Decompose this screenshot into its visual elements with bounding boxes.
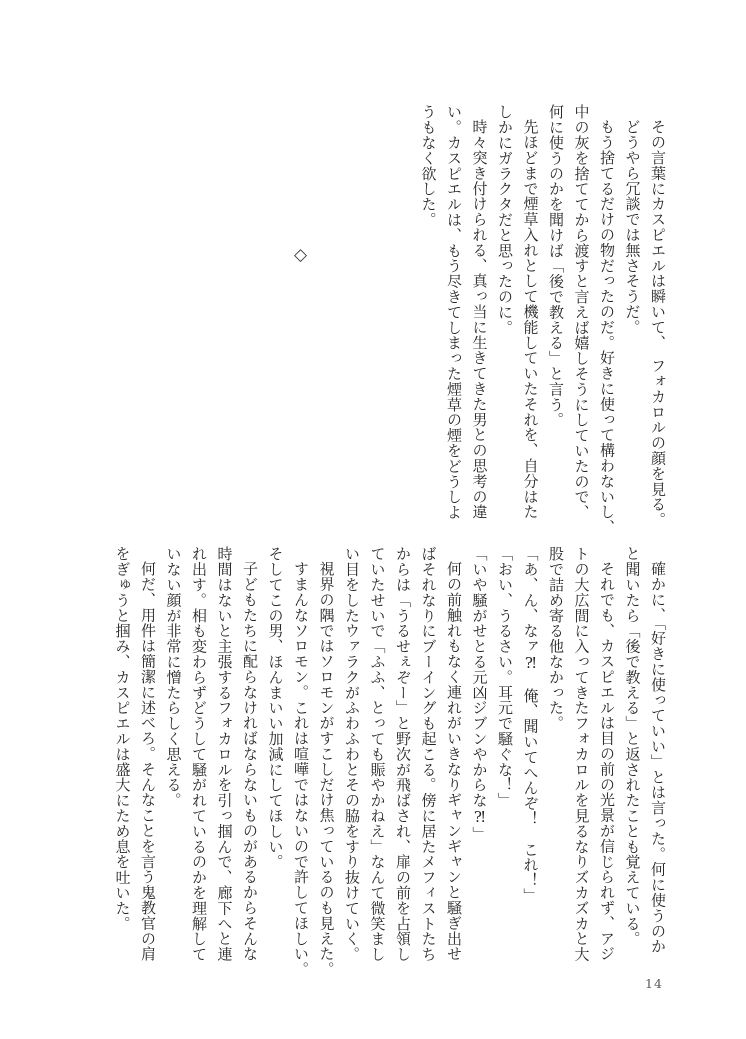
text-line: トの大広間に入ってきたフォカロルを見るなりズカズカと大 — [568, 546, 594, 970]
text-line: いない顔が非常に憎たらしく思える。 — [160, 546, 186, 970]
text-line: 「あ、ん、なァ⁈ 俺、聞いてへんぞ！ これ！」 — [517, 546, 543, 970]
page-number: 14 — [645, 976, 663, 991]
top-text-block: その言葉にカスピエルは瞬いて、 フォカロルの顔を見る。どうやら冗談では無さそうだ… — [415, 104, 670, 526]
text-line: 視界の隅ではソロモンがすこしだけ焦っているのも見えた。 — [313, 546, 339, 970]
text-line: からは「うるせぇぞー」と野次が飛ばされ、扉の前を占領し — [390, 546, 416, 970]
text-line: 時間はないと主張するフォカロルを引っ掴んで、廊下へと連 — [211, 546, 237, 970]
text-line: すまんなソロモン。これは喧嘩ではないので許してほしい。 — [288, 546, 314, 970]
text-line: をぎゅうと掴み、カスピエルは盛大にため息を吐いた。 — [109, 546, 135, 970]
text-line: ばそれなりにブーイングも起こる。傍に居たメフィストたち — [415, 546, 441, 970]
text-line: もう捨てるだけの物だったのだ。好きに使って構わないし、 — [594, 104, 620, 526]
text-line: その言葉にカスピエルは瞬いて、 フォカロルの顔を見る。 — [645, 104, 671, 526]
section-divider-diamond: ◇ — [294, 247, 307, 264]
text-line: それでも、カスピエルは目の前の光景が信じられず、アジ — [594, 546, 620, 970]
text-line: 子どもたちに配らなければならないものがあるからそんな — [237, 546, 263, 970]
text-line: れ出す。相も変わらずどうして騒がれているのかを理解して — [186, 546, 212, 970]
text-line: い。カスピエルは、もう尽きてしまった煙草の煙をどうしよ — [441, 104, 467, 526]
text-line: 何に使うのかを聞けば「後で教える」と言う。 — [543, 104, 569, 526]
text-line: 「おい、うるさい。耳元で騒ぐな！」 — [492, 546, 518, 970]
text-line: しかにガラクタだと思ったのに。 — [492, 104, 518, 526]
text-line: 何だ、用件は簡潔に述べろ。そんなことを言う鬼教官の肩 — [135, 546, 161, 970]
text-line: そしてこの男、ほんまいい加減にしてほしい。 — [262, 546, 288, 970]
text-line: 「いや騒がせとる元凶ジブンやからな⁈」 — [466, 546, 492, 970]
text-line: どうやら冗談では無さそうだ。 — [619, 104, 645, 526]
text-line: 先ほどまで煙草入れとして機能していたそれを、自分はた — [517, 104, 543, 526]
text-line: 何の前触れもなく連れがいきなりギャンギャンと騒ぎ出せ — [441, 546, 467, 970]
text-line: ていたせいで「ふふ、とっても賑やかねえ」なんて微笑まし — [364, 546, 390, 970]
text-line: 中の灰を捨ててから渡すと言えば嬉しそうにしていたので、 — [568, 104, 594, 526]
text-line: うもなく欲した。 — [415, 104, 441, 526]
bottom-text-block: 確かに、「好きに使っていい」とは言った。何に使うのかと聞いたら「後で教える」と返… — [109, 546, 670, 970]
novel-page: その言葉にカスピエルは瞬いて、 フォカロルの顔を見る。どうやら冗談では無さそうだ… — [0, 0, 746, 1039]
text-line: 時々突き付けられる、真っ当に生きてきた男との思考の違 — [466, 104, 492, 526]
text-line: と聞いたら「後で教える」と返されたことも覚えている。 — [619, 546, 645, 970]
text-line: 股で詰め寄る他なかった。 — [543, 546, 569, 970]
text-line: 確かに、「好きに使っていい」とは言った。何に使うのか — [645, 546, 671, 970]
text-line: い目をしたウァラクがふわふわとその脇をすり抜けていく。 — [339, 546, 365, 970]
